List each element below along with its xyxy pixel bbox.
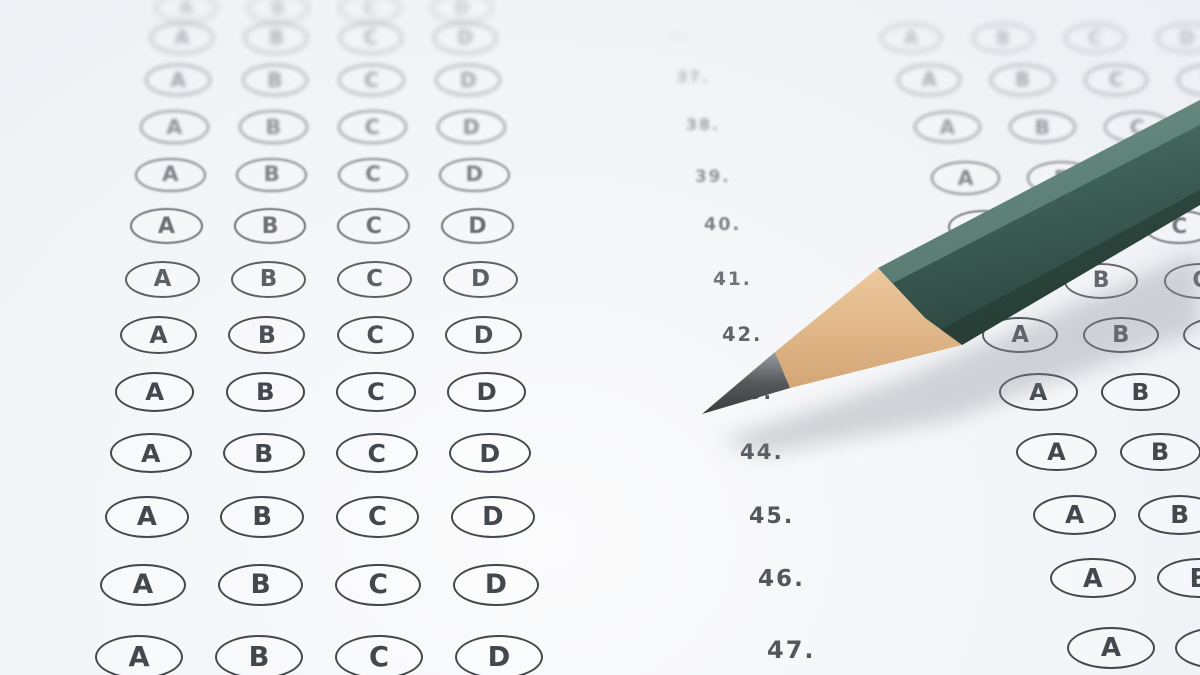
answer-bubble-a: A — [948, 210, 1019, 244]
answer-bubble-a: A — [140, 110, 209, 144]
question-number: 43. — [731, 380, 773, 404]
answer-bubble-d: D — [453, 564, 539, 607]
answer-bubble-c: C — [336, 433, 418, 474]
answer-bubble-a: A — [897, 64, 961, 95]
answer-bubble-d: D — [435, 64, 501, 96]
question-number: 42. — [722, 323, 762, 346]
answer-bubble-b: B — [239, 110, 308, 144]
answer-bubble-d: D — [441, 208, 514, 244]
question-number: 45. — [749, 503, 794, 529]
answer-bubble-b: B — [972, 23, 1034, 53]
answer-bubble-b: B — [215, 635, 303, 675]
answer-bubble-a: A — [1067, 627, 1155, 669]
question-number: 38. — [686, 115, 720, 134]
answer-bubble-b: B — [990, 64, 1054, 95]
answer-bubble-b: B — [236, 158, 307, 193]
answer-bubble-b: B — [247, 0, 309, 23]
answer-bubble-d: D — [443, 261, 518, 298]
answer-bubble-d: D — [1177, 64, 1200, 95]
answer-bubble-b: B — [1138, 495, 1200, 535]
question-number: 44. — [740, 440, 784, 465]
answer-bubble-c: C — [1084, 64, 1148, 95]
answer-bubble-a: A — [1050, 558, 1136, 599]
answer-bubble-b: B — [1120, 433, 1200, 472]
answer-bubble-d: D — [1156, 23, 1200, 53]
answer-bubble-b: B — [220, 496, 304, 538]
answer-bubble-a: A — [130, 208, 203, 244]
answer-bubble-b: B — [1027, 161, 1096, 194]
answer-bubble-c: C — [338, 158, 409, 193]
answer-bubble-c: C — [335, 635, 423, 675]
answer-bubble-b: B — [218, 564, 304, 607]
answer-bubble-d: D — [451, 496, 535, 538]
answer-bubble-a: A — [105, 496, 189, 538]
answer-bubble-a: A — [1016, 433, 1097, 472]
question-number: 37. — [677, 68, 709, 86]
answer-sheet-photo: ABCDABCDABCDABCDABCDABCDABCDABCDABCDABCD… — [0, 0, 1200, 675]
answer-bubble-a: A — [145, 64, 211, 96]
answer-bubble-d: D — [455, 635, 543, 675]
answer-bubble-a: A — [125, 261, 200, 298]
answer-bubble-b: B — [242, 64, 308, 96]
answer-bubble-b: B — [1046, 210, 1117, 244]
question-number: 39. — [695, 166, 731, 186]
answer-bubble-c: C — [336, 372, 415, 411]
answer-bubble-b: B — [231, 261, 306, 298]
answer-bubble-d: D — [433, 22, 497, 53]
answer-bubble-c: C — [1164, 263, 1200, 298]
answer-bubble-c: C — [338, 110, 407, 144]
answer-bubble-c: C — [335, 564, 421, 607]
answer-bubble-b: B — [228, 316, 305, 354]
question-number: ... — [668, 26, 690, 42]
answer-bubble-a: A — [880, 23, 942, 53]
answer-bubble-b: B — [244, 22, 308, 53]
answer-bubble-a: A — [982, 317, 1058, 354]
answer-bubble-b: B — [1009, 111, 1076, 143]
answer-bubble-d: D — [439, 158, 510, 193]
answer-bubble-c: C — [337, 261, 412, 298]
answer-bubble-a: A — [1033, 495, 1116, 535]
answer-bubble-d: D — [447, 372, 526, 411]
answer-bubble-b: B — [1101, 373, 1180, 411]
answer-bubble-a: A — [135, 158, 206, 193]
answer-bubble-b: B — [234, 208, 307, 244]
answer-bubble-a: A — [150, 22, 214, 53]
answer-bubble-a: A — [999, 373, 1078, 411]
answer-bubble-b: B — [1175, 627, 1200, 669]
answer-bubble-c: C — [1064, 23, 1126, 53]
answer-bubble-a: A — [100, 564, 186, 607]
answer-bubble-c: C — [1144, 210, 1200, 244]
answer-bubble-c: C — [338, 64, 404, 96]
question-number: 40. — [704, 215, 741, 235]
answer-bubble-d: D — [449, 433, 531, 474]
answer-bubble-c: C — [337, 208, 410, 244]
answer-bubble-a: A — [914, 111, 981, 143]
answer-bubble-d: D — [445, 316, 522, 354]
answer-bubble-b: B — [223, 433, 305, 474]
answer-bubble-c: C — [336, 496, 420, 538]
answer-bubble-a: A — [115, 372, 194, 411]
answer-bubble-a: A — [95, 635, 183, 675]
question-number: 47. — [767, 636, 816, 664]
answer-bubble-b: B — [1064, 263, 1138, 298]
answer-bubble-a: A — [965, 263, 1039, 298]
answer-bubble-a: A — [155, 0, 217, 23]
answer-bubble-a: A — [120, 316, 197, 354]
answer-bubble-c: C — [1183, 317, 1200, 354]
answer-bubble-a: A — [931, 161, 1000, 194]
answer-bubble-d: D — [431, 0, 493, 23]
answer-bubble-b: B — [1157, 558, 1200, 599]
answer-bubble-c: C — [1104, 111, 1171, 143]
answer-bubble-b: B — [1083, 317, 1159, 354]
answer-bubble-c: C — [339, 22, 403, 53]
answer-bubble-a: A — [110, 433, 192, 474]
answer-bubble-d: D — [437, 110, 506, 144]
question-number: 46. — [758, 566, 805, 592]
answer-bubble-b: B — [226, 372, 305, 411]
answer-bubble-c: C — [337, 316, 414, 354]
question-number: 41. — [713, 269, 752, 290]
answer-bubble-c: C — [1124, 161, 1193, 194]
answer-bubble-c: C — [339, 0, 401, 23]
